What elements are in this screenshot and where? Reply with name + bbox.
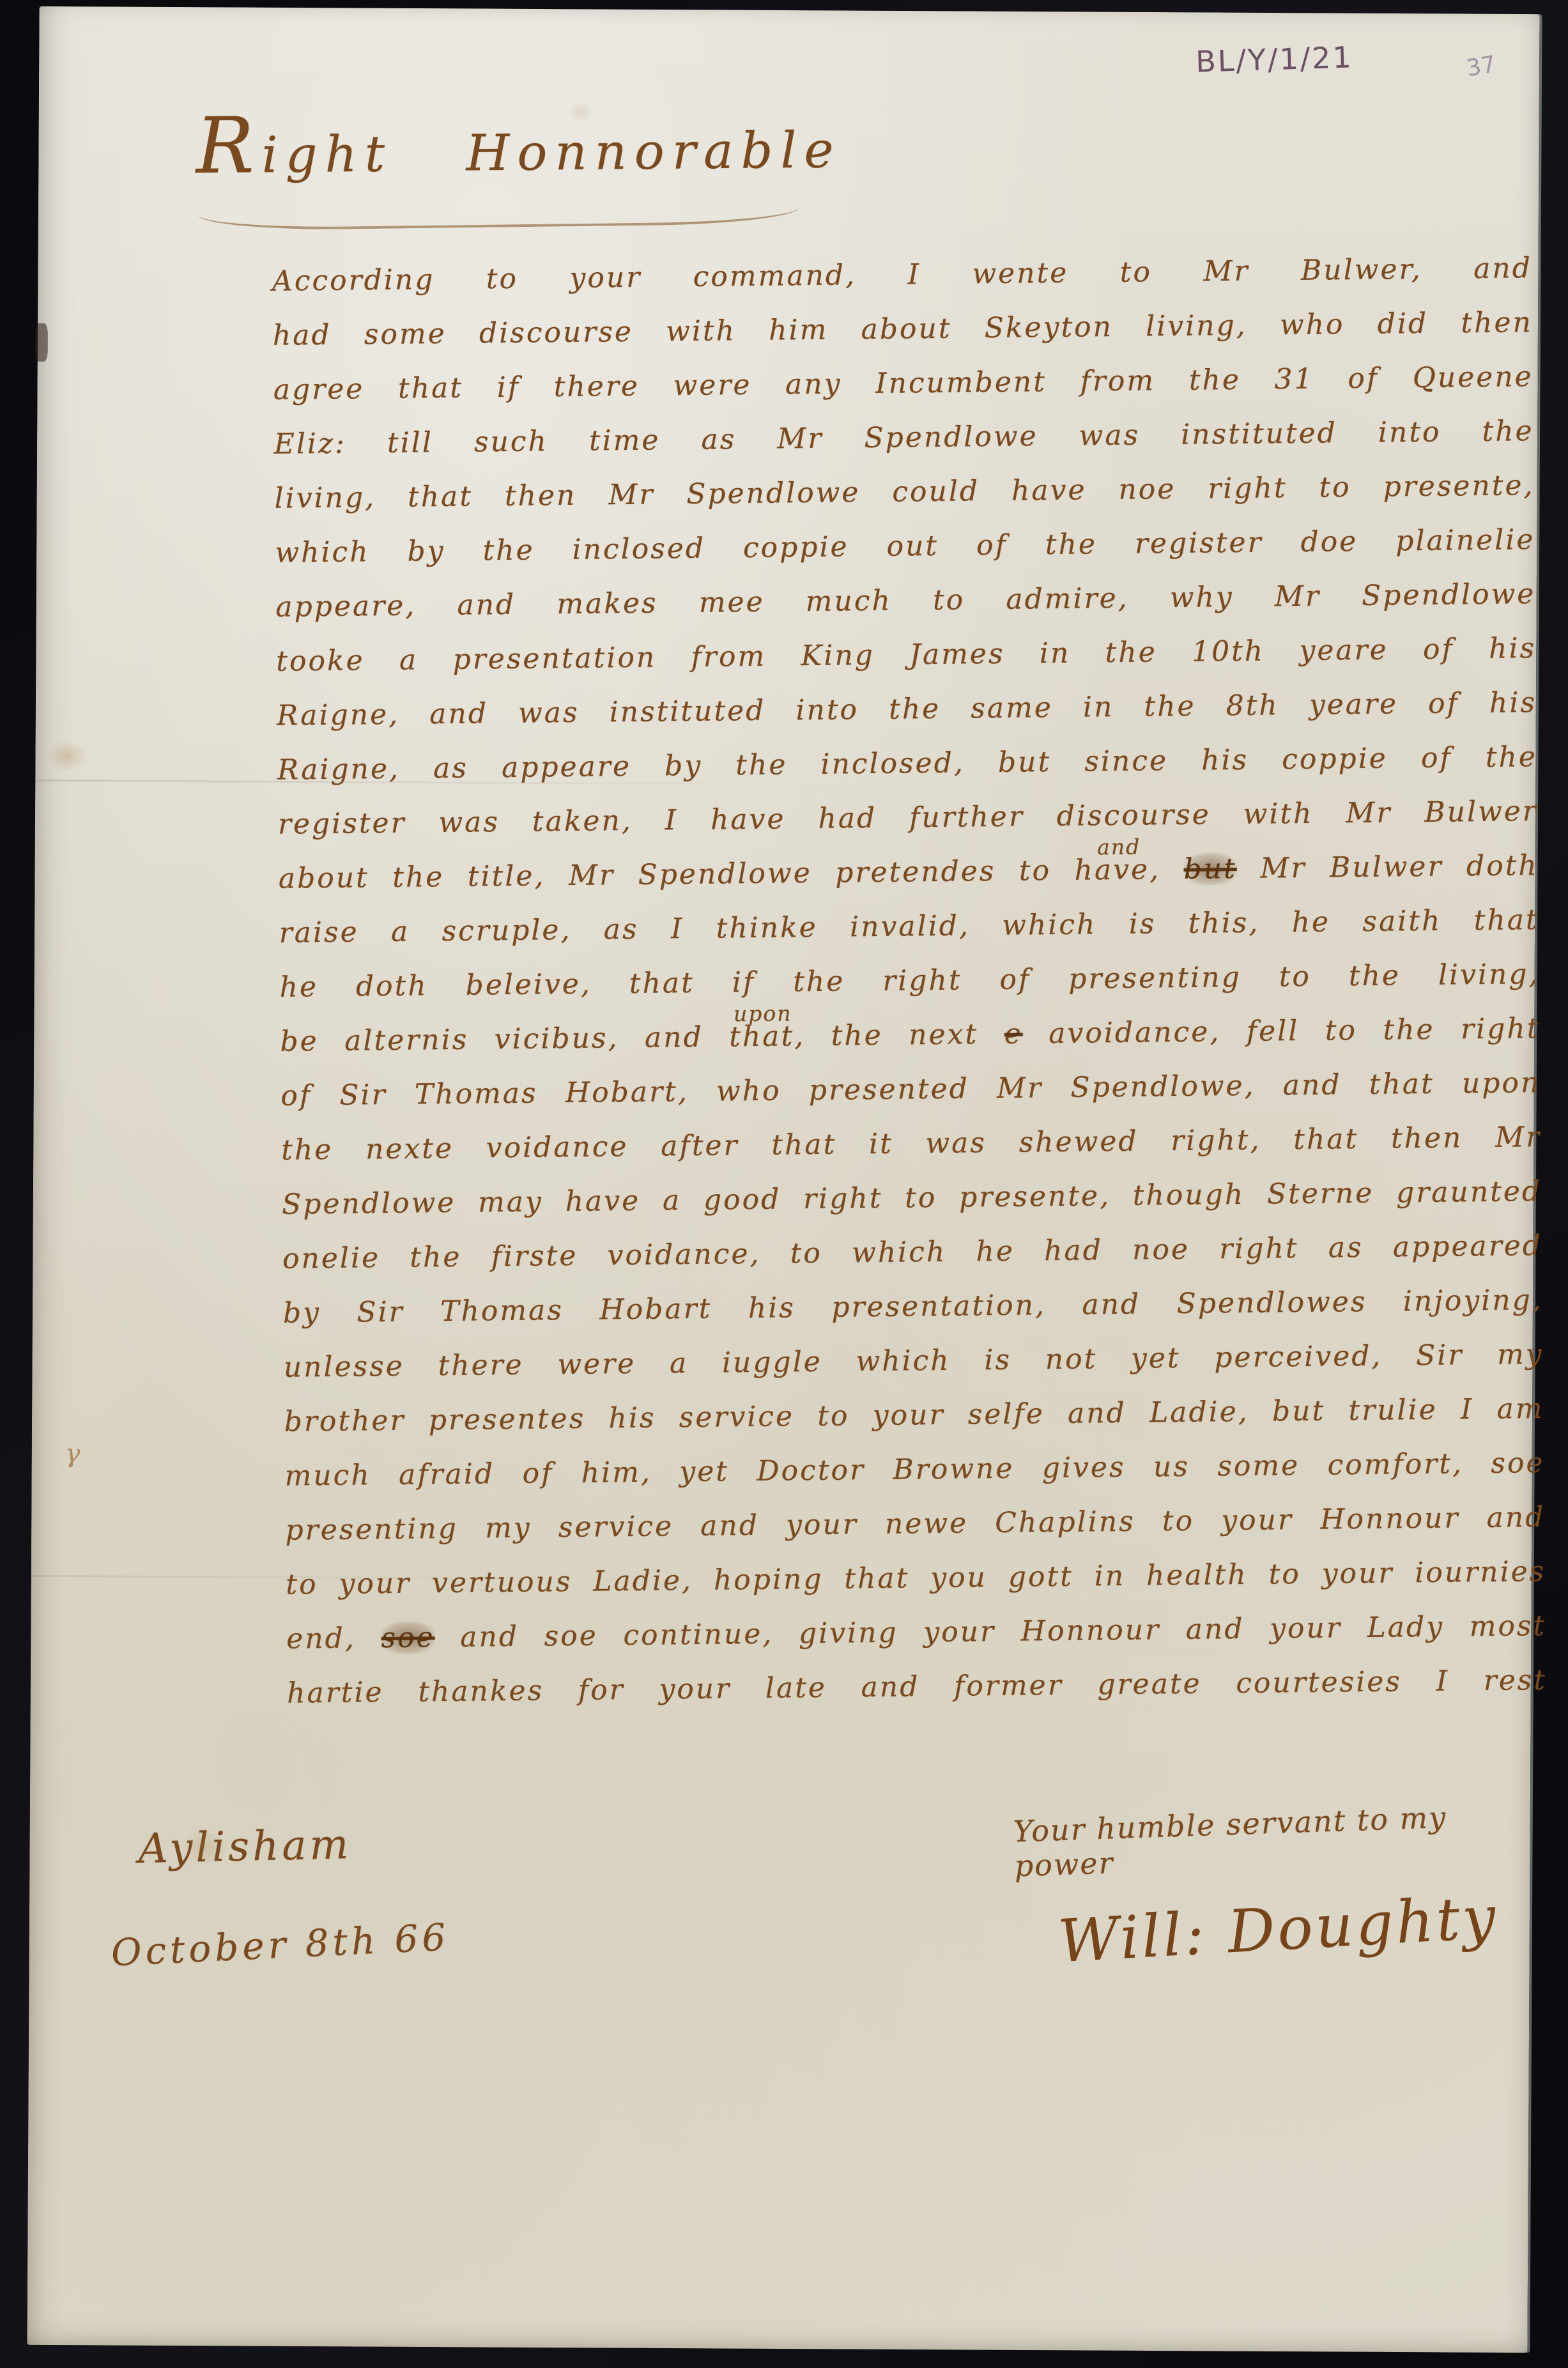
interlinear-insertion: and <box>1097 820 1141 875</box>
closing-line: Your humble servant to my power <box>1013 1797 1531 1884</box>
manuscript-text: had some discourse with him about Skeyto… <box>273 306 1533 352</box>
margin-ink-mark: γ <box>65 1439 81 1468</box>
foxing-spot <box>47 740 86 772</box>
manuscript-text: be alternis vicibus, and that, the next <box>280 1018 1004 1058</box>
manuscript-text: unlesse there were a iuggle which is not… <box>284 1338 1544 1384</box>
letter-page: BL/Y/1/21 37 Right Honnorable According … <box>27 6 1539 2353</box>
manuscript-text: living, that then Mr Spendlowe could hav… <box>274 469 1534 515</box>
signature: Will: Doughty <box>1056 1883 1500 1976</box>
manuscript-text: avoidance, fell to the right <box>1022 1012 1540 1050</box>
interlinear-insertion: upon <box>734 986 792 1041</box>
letter-body: According to your command, I wente to Mr… <box>272 241 1548 1721</box>
manuscript-text: Raigne, as appeare by the inclosed, but … <box>277 741 1537 787</box>
manuscript-text: Spendlowe may have a good right to prese… <box>282 1175 1542 1221</box>
edge-stain <box>35 323 48 362</box>
manuscript-text: much afraid of him, yet Doctor Browne gi… <box>284 1447 1544 1493</box>
struck-word: soe <box>381 1621 435 1654</box>
manuscript-text: and soe continue, giving your Honnour an… <box>434 1610 1546 1654</box>
struck-word: but <box>1183 852 1237 886</box>
manuscript-text: end, <box>286 1622 381 1656</box>
manuscript-text: According to your command, I wente to Mr… <box>272 252 1532 298</box>
manuscript-text: he doth beleive, that if the right of pr… <box>279 958 1539 1004</box>
archive-reference: BL/Y/1/21 <box>1195 40 1353 79</box>
manuscript-text: by Sir Thomas Hobart his presentation, a… <box>283 1284 1543 1330</box>
place-line: Aylisham <box>138 1821 352 1873</box>
manuscript-text: which by the inclosed coppie out of the … <box>275 523 1535 569</box>
manuscript-text: brother presentes his service to your se… <box>284 1392 1544 1438</box>
salutation-flourish <box>198 192 799 231</box>
folio-number: 37 <box>1464 51 1498 82</box>
manuscript-text: agree that if there were any Incumbent f… <box>273 360 1533 406</box>
foxing-spot <box>181 1829 227 1865</box>
struck-word: e <box>1004 1018 1023 1050</box>
manuscript-text: Mr Bulwer doth <box>1237 849 1539 885</box>
manuscript-text: presenting my service and your newe Chap… <box>285 1501 1545 1547</box>
manuscript-text: tooke a presentation from King James in … <box>276 632 1536 678</box>
manuscript-text: Eliz: till such time as Mr Spendlowe was… <box>273 415 1533 461</box>
manuscript-text: appeare, and makes mee much to admire, w… <box>275 578 1535 624</box>
salutation: Right Honnorable <box>196 95 842 191</box>
manuscript-text: about the title, Mr Spendlowe pretendes … <box>279 853 1184 895</box>
photo-background: BL/Y/1/21 37 Right Honnorable According … <box>0 0 1568 2368</box>
manuscript-text: register was taken, I have had further d… <box>278 795 1538 841</box>
manuscript-text: of Sir Thomas Hobart, who presented Mr S… <box>281 1066 1541 1112</box>
foxing-spot <box>568 102 594 121</box>
manuscript-text: hartie thankes for your late and former … <box>287 1664 1547 1710</box>
manuscript-text: raise a scruple, as I thinke invalid, wh… <box>279 903 1539 950</box>
manuscript-text: the nexte voidance after that it was she… <box>281 1121 1541 1167</box>
manuscript-text: Raigne, and was instituted into the same… <box>277 686 1537 732</box>
date-line: October 8th 66 <box>110 1915 450 1974</box>
manuscript-text: onelie the firste voidance, to which he … <box>282 1229 1542 1275</box>
